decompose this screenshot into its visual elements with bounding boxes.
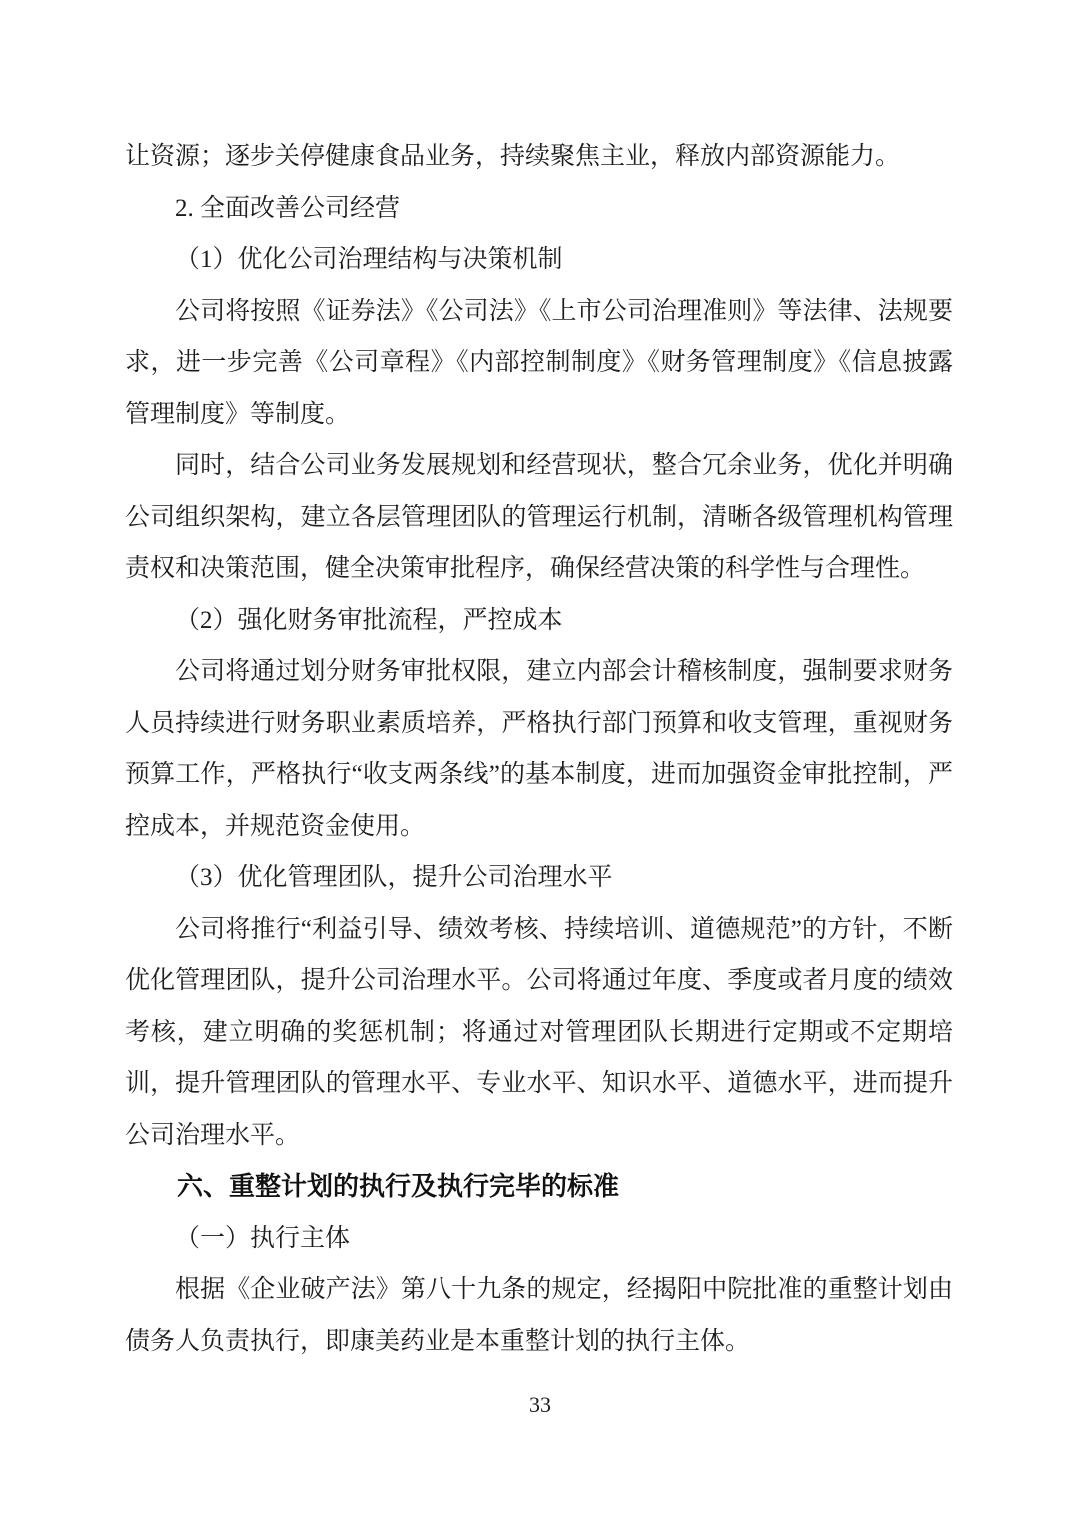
paragraph-continuation: 让资源；逐步关停健康食品业务，持续聚焦主业，释放内部资源能力。 [125,131,953,183]
paragraph-governance: 公司将按照《证券法》《公司法》《上市公司治理准则》等法律、法规要求，进一步完善《… [125,286,953,441]
paragraph-organization: 同时，结合公司业务发展规划和经营现状，整合冗余业务，优化并明确公司组织架构，建立… [125,440,953,595]
item-3-heading: （3）优化管理团队，提升公司治理水平 [125,852,953,904]
document-page: 让资源；逐步关停健康食品业务，持续聚焦主业，释放内部资源能力。 2. 全面改善公… [0,0,1080,1527]
page-number: 33 [0,1392,1080,1418]
paragraph-management-team: 公司将推行“利益引导、绩效考核、持续培训、道德规范”的方针，不断优化管理团队，提… [125,904,953,1162]
page-content: 让资源；逐步关停健康食品业务，持续聚焦主业，释放内部资源能力。 2. 全面改善公… [125,131,953,1367]
item-2-heading: （2）强化财务审批流程，严控成本 [125,595,953,647]
paragraph-finance-control: 公司将通过划分财务审批权限，建立内部会计稽核制度，强制要求财务人员持续进行财务职… [125,646,953,852]
subsection-2-heading: 2. 全面改善公司经营 [125,183,953,235]
item-1-heading: （1）优化公司治理结构与决策机制 [125,234,953,286]
paragraph-execution-subject: 根据《企业破产法》第八十九条的规定，经揭阳中院批准的重整计划由债务人负责执行，即… [125,1264,953,1367]
subsection-1-heading: （一）执行主体 [125,1213,953,1265]
section-6-heading: 六、重整计划的执行及执行完毕的标准 [125,1161,953,1213]
